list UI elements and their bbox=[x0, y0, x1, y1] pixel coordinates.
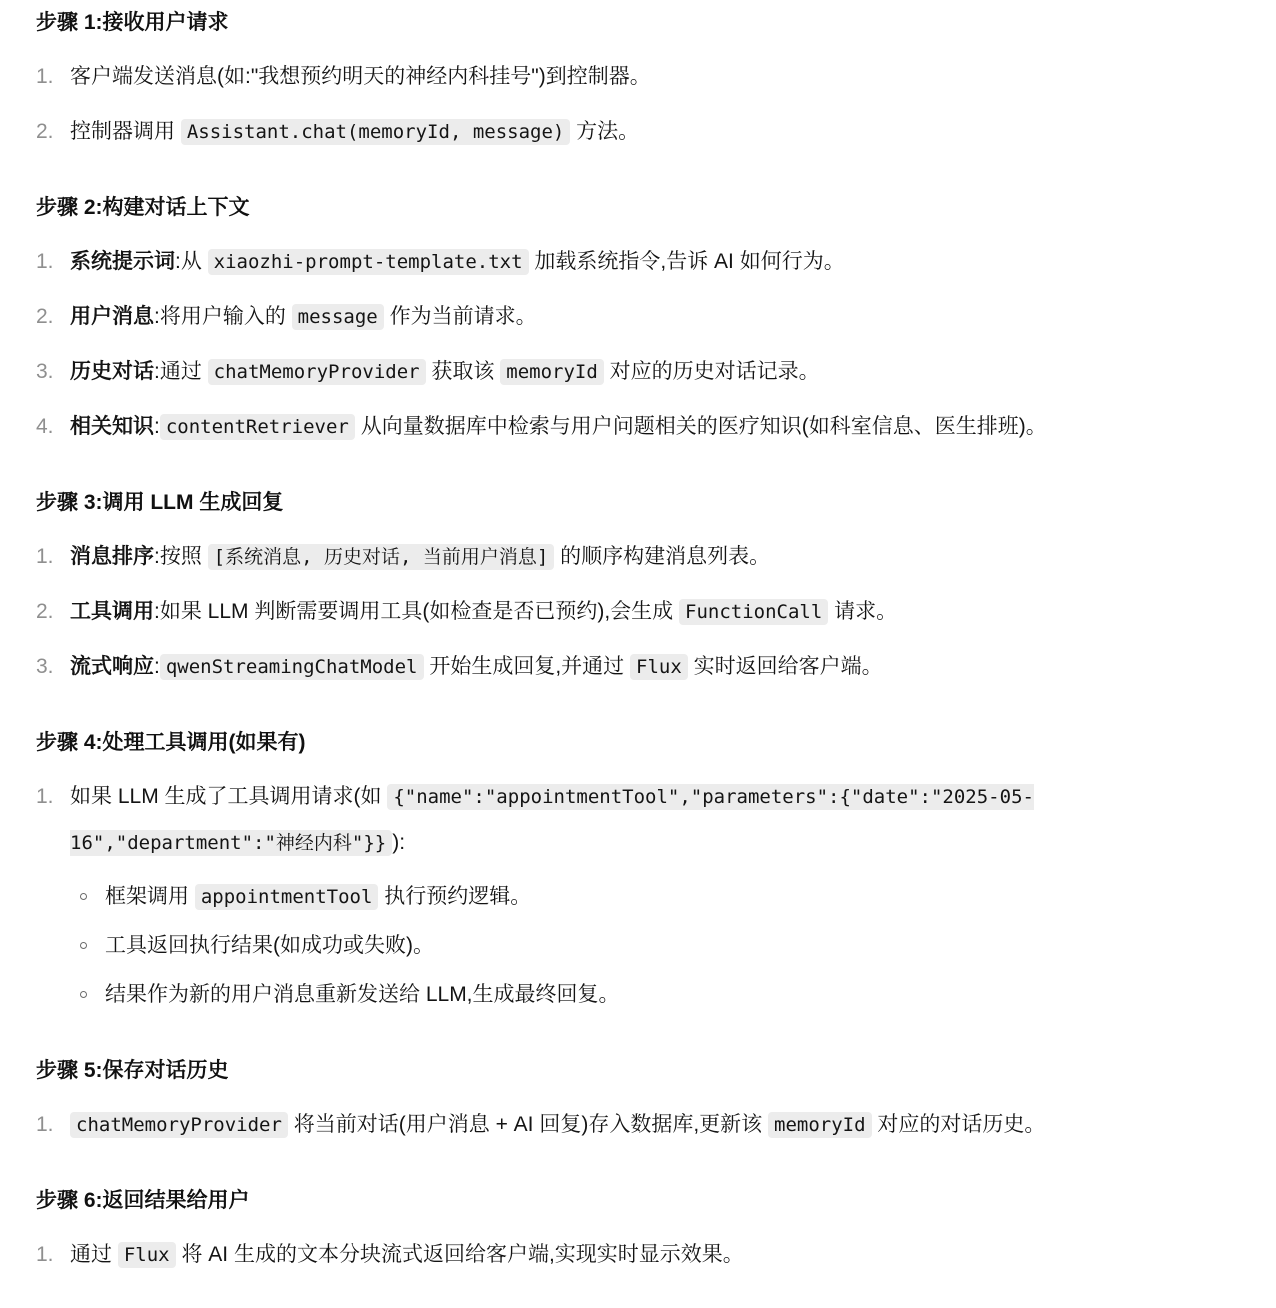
inline-code: xiaozhi-prompt-template.txt bbox=[208, 249, 529, 275]
step-heading: 步骤 1:接收用户请求 bbox=[36, 9, 1242, 37]
step-list: 1.通过 Flux 将 AI 生成的文本分块流式返回给客户端,实现实时显示效果。 bbox=[36, 1232, 1242, 1278]
list-number: 1. bbox=[36, 1232, 54, 1278]
workflow-document: 步骤 1:接收用户请求1.客户端发送消息(如:"我想预约明天的神经内科挂号")到… bbox=[36, 9, 1242, 1278]
bold-label: 流式响应 bbox=[70, 655, 154, 678]
item-content: 历史对话:通过 chatMemoryProvider 获取该 memoryId … bbox=[70, 360, 820, 383]
step-list: 1.客户端发送消息(如:"我想预约明天的神经内科挂号")到控制器。2.控制器调用… bbox=[36, 54, 1242, 155]
text-run: 开始生成回复,并通过 bbox=[424, 655, 631, 678]
list-item: 4.相关知识:contentRetriever 从向量数据库中检索与用户问题相关… bbox=[36, 404, 1242, 450]
item-content: 工具返回执行结果(如成功或失败)。 bbox=[105, 934, 434, 957]
list-item: 3.流式响应:qwenStreamingChatModel 开始生成回复,并通过… bbox=[36, 644, 1242, 690]
list-number: 2. bbox=[36, 294, 54, 340]
step-heading: 步骤 2:构建对话上下文 bbox=[36, 194, 1242, 222]
sub-list-item: 框架调用 appointmentTool 执行预约逻辑。 bbox=[75, 874, 1242, 920]
list-item: 1.通过 Flux 将 AI 生成的文本分块流式返回给客户端,实现实时显示效果。 bbox=[36, 1232, 1242, 1278]
text-run: 控制器调用 bbox=[70, 120, 181, 143]
text-run: 作为当前请求。 bbox=[384, 305, 537, 328]
step-heading: 步骤 3:调用 LLM 生成回复 bbox=[36, 489, 1242, 517]
inline-code: Assistant.chat(memoryId, message) bbox=[181, 119, 571, 145]
text-run: 从向量数据库中检索与用户问题相关的医疗知识(如科室信息、医生排班)。 bbox=[355, 415, 1047, 438]
item-content: 客户端发送消息(如:"我想预约明天的神经内科挂号")到控制器。 bbox=[70, 65, 651, 88]
sub-list-item: 工具返回执行结果(如成功或失败)。 bbox=[75, 923, 1242, 969]
list-number: 1. bbox=[36, 54, 54, 100]
item-content: 结果作为新的用户消息重新发送给 LLM,生成最终回复。 bbox=[105, 983, 620, 1006]
inline-code: contentRetriever bbox=[160, 414, 355, 440]
text-run: 实时返回给客户端。 bbox=[688, 655, 883, 678]
step-section: 步骤 3:调用 LLM 生成回复1.消息排序:按照 [系统消息, 历史对话, 当… bbox=[36, 489, 1242, 690]
list-number: 1. bbox=[36, 239, 54, 285]
inline-code: Flux bbox=[118, 1242, 176, 1268]
list-number: 2. bbox=[36, 109, 54, 155]
text-run: 方法。 bbox=[570, 120, 639, 143]
item-content: 流式响应:qwenStreamingChatModel 开始生成回复,并通过 F… bbox=[70, 655, 883, 678]
item-content: chatMemoryProvider 将当前对话(用户消息 + AI 回复)存入… bbox=[70, 1113, 1045, 1136]
list-number: 4. bbox=[36, 404, 54, 450]
list-item: 2.控制器调用 Assistant.chat(memoryId, message… bbox=[36, 109, 1242, 155]
step-list: 1.chatMemoryProvider 将当前对话(用户消息 + AI 回复)… bbox=[36, 1102, 1242, 1148]
text-run: ): bbox=[392, 831, 405, 854]
inline-code: memoryId bbox=[768, 1112, 872, 1138]
list-item: 1.如果 LLM 生成了工具调用请求(如 {"name":"appointmen… bbox=[36, 774, 1242, 1018]
inline-code: Flux bbox=[630, 654, 688, 680]
text-run: 通过 bbox=[70, 1243, 118, 1266]
step-heading: 步骤 4:处理工具调用(如果有) bbox=[36, 729, 1242, 757]
text-run: :从 bbox=[175, 250, 208, 273]
text-run: 客户端发送消息(如:"我想预约明天的神经内科挂号")到控制器。 bbox=[70, 65, 651, 88]
text-run: 请求。 bbox=[828, 600, 897, 623]
inline-code: qwenStreamingChatModel bbox=[160, 654, 424, 680]
list-item: 1.chatMemoryProvider 将当前对话(用户消息 + AI 回复)… bbox=[36, 1102, 1242, 1148]
step-section: 步骤 2:构建对话上下文1.系统提示词:从 xiaozhi-prompt-tem… bbox=[36, 194, 1242, 450]
inline-code: FunctionCall bbox=[679, 599, 828, 625]
text-run: 加载系统指令,告诉 AI 如何行为。 bbox=[529, 250, 845, 273]
bold-label: 历史对话 bbox=[70, 360, 154, 383]
list-number: 3. bbox=[36, 349, 54, 395]
text-run: 获取该 bbox=[426, 360, 501, 383]
bold-label: 消息排序 bbox=[70, 545, 154, 568]
step-heading: 步骤 6:返回结果给用户 bbox=[36, 1187, 1242, 1215]
bullet-circle-icon bbox=[80, 942, 87, 949]
step-list: 1.如果 LLM 生成了工具调用请求(如 {"name":"appointmen… bbox=[36, 774, 1242, 1018]
item-content: 消息排序:按照 [系统消息, 历史对话, 当前用户消息] 的顺序构建消息列表。 bbox=[70, 545, 770, 568]
step-section: 步骤 6:返回结果给用户1.通过 Flux 将 AI 生成的文本分块流式返回给客… bbox=[36, 1187, 1242, 1278]
bullet-circle-icon bbox=[80, 893, 87, 900]
bold-label: 工具调用 bbox=[70, 600, 154, 623]
text-run: 工具返回执行结果(如成功或失败)。 bbox=[105, 934, 434, 957]
inline-code: chatMemoryProvider bbox=[208, 359, 426, 385]
text-run: 对应的对话历史。 bbox=[872, 1113, 1046, 1136]
list-item: 1.系统提示词:从 xiaozhi-prompt-template.txt 加载… bbox=[36, 239, 1242, 285]
text-run: :按照 bbox=[154, 545, 208, 568]
inline-code: appointmentTool bbox=[195, 884, 379, 910]
item-content: 如果 LLM 生成了工具调用请求(如 {"name":"appointmentT… bbox=[70, 785, 1034, 854]
text-run: :通过 bbox=[154, 360, 208, 383]
item-content: 通过 Flux 将 AI 生成的文本分块流式返回给客户端,实现实时显示效果。 bbox=[70, 1243, 744, 1266]
text-run: 对应的历史对话记录。 bbox=[604, 360, 820, 383]
sub-list-item: 结果作为新的用户消息重新发送给 LLM,生成最终回复。 bbox=[75, 972, 1242, 1018]
sub-list: 框架调用 appointmentTool 执行预约逻辑。工具返回执行结果(如成功… bbox=[75, 874, 1242, 1018]
step-section: 步骤 5:保存对话历史1.chatMemoryProvider 将当前对话(用户… bbox=[36, 1057, 1242, 1148]
item-content: 系统提示词:从 xiaozhi-prompt-template.txt 加载系统… bbox=[70, 250, 845, 273]
step-section: 步骤 4:处理工具调用(如果有)1.如果 LLM 生成了工具调用请求(如 {"n… bbox=[36, 729, 1242, 1018]
list-number: 3. bbox=[36, 644, 54, 690]
step-heading: 步骤 5:保存对话历史 bbox=[36, 1057, 1242, 1085]
list-number: 2. bbox=[36, 589, 54, 635]
text-run: 结果作为新的用户消息重新发送给 LLM,生成最终回复。 bbox=[105, 983, 620, 1006]
inline-code: chatMemoryProvider bbox=[70, 1112, 288, 1138]
text-run: 框架调用 bbox=[105, 885, 195, 908]
list-number: 1. bbox=[36, 534, 54, 580]
bullet-circle-icon bbox=[80, 991, 87, 998]
text-run: 将 AI 生成的文本分块流式返回给客户端,实现实时显示效果。 bbox=[176, 1243, 744, 1266]
step-list: 1.消息排序:按照 [系统消息, 历史对话, 当前用户消息] 的顺序构建消息列表… bbox=[36, 534, 1242, 690]
step-list: 1.系统提示词:从 xiaozhi-prompt-template.txt 加载… bbox=[36, 239, 1242, 450]
bold-label: 相关知识 bbox=[70, 415, 154, 438]
text-run: 将当前对话(用户消息 + AI 回复)存入数据库,更新该 bbox=[288, 1113, 768, 1136]
item-content: 框架调用 appointmentTool 执行预约逻辑。 bbox=[105, 885, 531, 908]
item-content: 控制器调用 Assistant.chat(memoryId, message) … bbox=[70, 120, 639, 143]
step-section: 步骤 1:接收用户请求1.客户端发送消息(如:"我想预约明天的神经内科挂号")到… bbox=[36, 9, 1242, 155]
list-item: 1.消息排序:按照 [系统消息, 历史对话, 当前用户消息] 的顺序构建消息列表… bbox=[36, 534, 1242, 580]
list-item: 2.工具调用:如果 LLM 判断需要调用工具(如检查是否已预约),会生成 Fun… bbox=[36, 589, 1242, 635]
text-run: 执行预约逻辑。 bbox=[378, 885, 531, 908]
inline-code: memoryId bbox=[500, 359, 604, 385]
text-run: :如果 LLM 判断需要调用工具(如检查是否已预约),会生成 bbox=[154, 600, 679, 623]
item-content: 相关知识:contentRetriever 从向量数据库中检索与用户问题相关的医… bbox=[70, 415, 1047, 438]
bold-label: 用户消息 bbox=[70, 305, 154, 328]
text-run: 如果 LLM 生成了工具调用请求(如 bbox=[70, 785, 387, 808]
text-run: : bbox=[154, 415, 160, 438]
text-run: : bbox=[154, 655, 160, 678]
item-content: 工具调用:如果 LLM 判断需要调用工具(如检查是否已预约),会生成 Funct… bbox=[70, 600, 897, 623]
item-content: 用户消息:将用户输入的 message 作为当前请求。 bbox=[70, 305, 537, 328]
inline-code: message bbox=[292, 304, 384, 330]
text-run: 的顺序构建消息列表。 bbox=[554, 545, 770, 568]
list-item: 3.历史对话:通过 chatMemoryProvider 获取该 memoryI… bbox=[36, 349, 1242, 395]
list-number: 1. bbox=[36, 774, 54, 820]
list-number: 1. bbox=[36, 1102, 54, 1148]
text-run: :将用户输入的 bbox=[154, 305, 292, 328]
inline-code: [系统消息, 历史对话, 当前用户消息] bbox=[208, 544, 555, 570]
bold-label: 系统提示词 bbox=[70, 250, 175, 273]
list-item: 2.用户消息:将用户输入的 message 作为当前请求。 bbox=[36, 294, 1242, 340]
list-item: 1.客户端发送消息(如:"我想预约明天的神经内科挂号")到控制器。 bbox=[36, 54, 1242, 100]
